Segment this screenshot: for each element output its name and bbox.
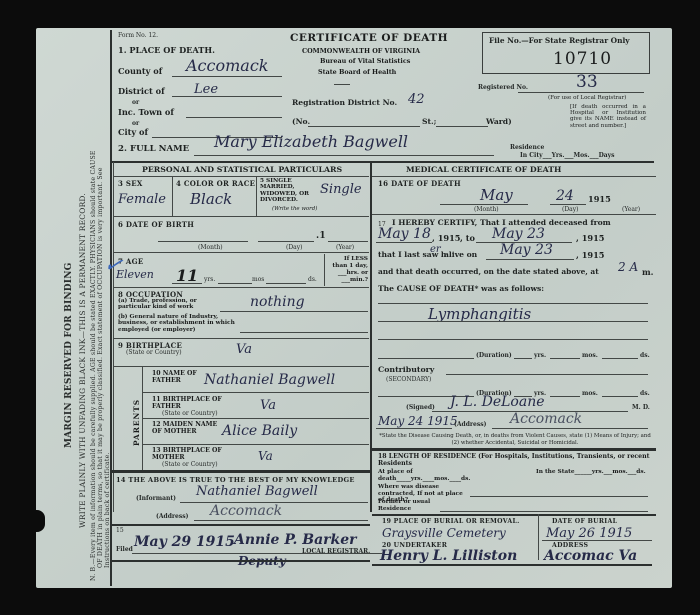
dod-month: May [480,186,513,204]
margin-nb-line1: N. B.—Every item of information should b… [90,150,97,581]
binding-margin: MARGIN RESERVED FOR BINDING WRITE PLAINL… [36,28,108,588]
street-label: St.; [422,117,436,126]
residence-heading: 18 LENGTH OF RESIDENCE (For Hospitals, I… [378,453,650,467]
dob-month-hint: (Month) [198,244,223,251]
filing-number: 15 [116,527,124,534]
jurisdiction: COMMONWEALTH OF VIRGINIA [302,47,420,55]
city-label: City of [118,127,148,137]
duration-label: (Duration) [476,352,512,359]
burial-place-value: Graysville Cemetery [382,526,506,540]
registered-note: (For use of Local Registrar) [548,95,626,101]
registered-value: 33 [576,72,598,92]
signed-date: May 24 1915 [378,414,458,428]
district-value: Lee [194,82,218,97]
mother-birthplace-hint: (State or Country) [162,461,218,468]
cause-footnote: *State the Disease Causing Death, or, in… [378,433,652,446]
last-saw-date: May 23 [500,242,553,258]
duration-mos: mos. [582,352,598,359]
secondary-label: (SECONDARY) [386,376,431,383]
occupation-a-value: nothing [250,294,305,310]
last-saw-year: , 1915 [576,250,605,260]
full-name-value: Mary Elizabeth Bagwell [214,132,408,151]
birthplace-value: Va [236,342,252,357]
duration-ds: ds. [640,352,650,359]
dob-day-hint: (Day) [286,244,302,251]
alive-on-label: alive on [444,250,477,259]
informant-address-value: Accomack [210,503,282,519]
dod-label: 16 DATE OF DEATH [378,179,461,188]
ward-label: Ward) [486,117,512,126]
time-suffix: m. [642,267,654,277]
less-than-day: If LESS than 1 day, ___hrs. or ___min.? [328,256,368,284]
medical-heading: MEDICAL CERTIFICATE OF DEATH [406,165,561,174]
residence-label: Residence [510,144,544,151]
street-no-label: (No. [292,117,310,126]
burial-date-label: DATE OF BURIAL [552,518,617,525]
informant-heading: 14 THE ABOVE IS TRUE TO THE BEST OF MY K… [116,476,355,484]
informant-address-label: (Address) [156,513,188,520]
contributory-label: Contributory [378,365,434,374]
age-ds-label: ds. [308,276,317,283]
attended-from-year: , 1915 [432,233,461,243]
last-saw-pronoun: er [430,244,441,255]
personal-heading: PERSONAL AND STATISTICAL PARTICULARS [142,165,342,174]
occupation-b-label: (b) General nature of Industry, business… [118,314,238,333]
duration-yrs: yrs. [534,352,546,359]
father-name-value: Nathaniel Bagwell [204,372,335,388]
residence-at-place: At place of death_____yrs.____mos.____ds… [378,469,488,482]
filed-label: Filed [116,546,133,553]
informant-value: Nathaniel Bagwell [196,484,318,499]
dob-value: .1 [316,231,326,241]
dod-year: 1915 [588,194,611,204]
registrar-label: LOCAL REGISTRAR. [302,548,370,555]
full-name-label: 2. FULL NAME [118,144,189,154]
sex-label: 3 SEX [118,179,143,188]
father-name-label: 10 NAME OF FATHER [152,370,212,384]
informant-label: (Informant) [136,495,176,502]
father-birthplace-value: Va [260,398,276,413]
marital-hint: (Write the word) [272,206,317,212]
residence-in-city: In City___Yrs.___Mos.___Days [520,152,615,159]
race-label: 4 COLOR OR RACE [176,179,255,188]
marital-label: 5 SINGLE MARRIED, WIDOWED, OR DIVORCED. [260,178,320,203]
certificate-title: CERTIFICATE OF DEATH [290,32,448,44]
undertaker-address-value: Accomac Va [544,548,637,564]
or-label: or [132,120,139,127]
mother-birthplace-label: 13 BIRTHPLACE OF MOTHER [152,447,222,461]
district-label: District of [118,86,165,96]
marital-value: Single [320,182,362,197]
bureau: Bureau of Vital Statistics [320,57,410,65]
county-value: Accomack [186,56,268,75]
residence-in-state: In the State______yrs.___mos.___ds. [536,469,650,476]
margin-binding-text: MARGIN RESERVED FOR BINDING [64,262,74,448]
registrar-signature: Annie P. Barker [234,532,357,548]
mother-name-label: 12 MAIDEN NAME OF MOTHER [152,421,222,435]
file-number-label: File No.—For State Registrar Only [489,36,630,45]
margin-nb-line2: OF DEATH in plain terms, so that it may … [97,167,104,568]
father-birthplace-label: 11 BIRTHPLACE OF FATHER [152,396,222,410]
dod-year-hint: (Year) [622,206,640,213]
form-number: Form No. 12. [118,32,158,39]
dob-label: 6 DATE OF BIRTH [118,220,194,229]
time-of-death: 2 A [618,260,638,274]
occurred-text: and that death occurred, on the date sta… [378,267,599,276]
cause-label: The CAUSE OF DEATH* was as follows: [378,284,544,293]
md-label: M. D. [632,404,650,411]
place-of-death-heading: 1. PLACE OF DEATH. [118,45,215,55]
age-yrs-label: yrs. [204,276,215,283]
birthplace-hint: (State or Country) [126,349,182,356]
undertaker-value: Henry L. Lilliston [380,548,517,564]
registered-label: Registered No. [478,84,528,91]
reg-district-value: 42 [408,92,425,107]
dod-day: 24 [556,188,574,204]
mother-name-value: Alice Baily [222,423,297,439]
to-label: , to [460,233,475,243]
dod-month-hint: (Month) [474,206,499,213]
sex-value: Female [118,192,166,207]
parents-side-label: PARENTS [132,399,141,446]
dob-year-hint: (Year) [336,244,354,251]
duration-mos-2: mos. [582,390,598,397]
duration-ds-2: ds. [640,390,650,397]
physician-signature: J. L. DeLoane [450,394,545,410]
reg-district-label: Registration District No. [292,98,397,107]
dod-day-hint: (Day) [562,206,578,213]
signed-label: (Signed) [406,404,435,411]
attended-from: May 18 [378,226,431,242]
occupation-a-label: (a) Trade, profession, or particular kin… [118,298,218,311]
attended-to-year: , 1915 [576,233,605,243]
father-birthplace-hint: (State or Country) [162,410,218,417]
margin-ink-note: WRITE PLAINLY WITH UNFADING BLACK INK—TH… [78,193,87,528]
physician-address-label: (Address) [454,421,486,428]
town-label: Inc. Town of [118,107,174,117]
filed-date: May 29 1915 [134,534,235,550]
former-residence: Former or usual Residence [378,499,438,512]
burial-date-value: May 26 1915 [546,526,632,541]
hospital-note: [If death occurred in a Hospital or Inst… [570,104,646,129]
physician-address-value: Accomack [510,411,582,427]
race-value: Black [190,190,232,208]
file-number-box: File No.—For State Registrar Only 10710 [482,32,650,74]
attended-to: May 23 [492,226,545,242]
age-mos-label: mos [252,276,264,283]
burial-place-label: 19 PLACE OF BURIAL OR REMOVAL. [382,518,520,525]
board: State Board of Health [318,68,396,76]
county-label: County of [118,66,162,76]
file-number-value: 10710 [553,49,612,69]
certificate-form: Form No. 12. 1. PLACE OF DEATH. County o… [110,28,670,588]
mother-birthplace-value: Va [258,449,273,463]
form-left-border [110,30,112,586]
or-label: or [132,99,139,106]
